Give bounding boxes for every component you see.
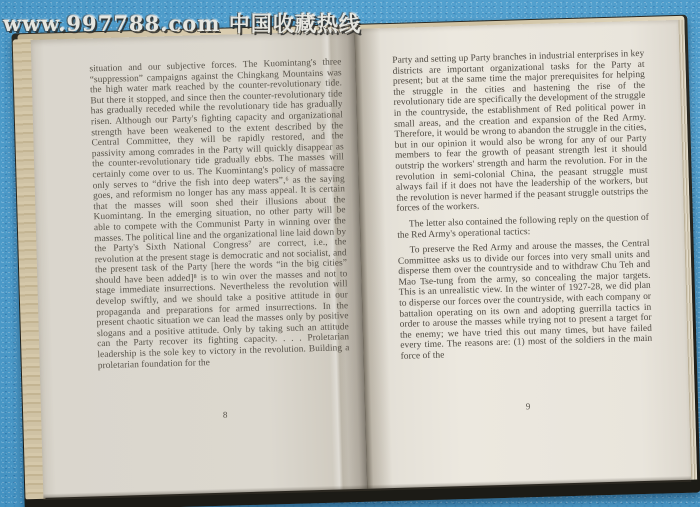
open-book: situation and our subjective forces. The… xyxy=(11,15,700,507)
paragraph: The letter also contained the following … xyxy=(397,213,649,241)
photo-background: situation and our subjective forces. The… xyxy=(0,0,700,507)
left-page-text: situation and our subjective forces. The… xyxy=(89,57,349,371)
watermark: www.997788.com 中国收藏热线 xyxy=(3,8,361,38)
paragraph: To preserve the Red Army and arouse the … xyxy=(398,239,653,363)
paragraph: Party and setting up Party branches in i… xyxy=(392,49,648,215)
right-page-text: Party and setting up Party branches in i… xyxy=(392,49,652,363)
paragraph: situation and our subjective forces. The… xyxy=(89,57,349,371)
